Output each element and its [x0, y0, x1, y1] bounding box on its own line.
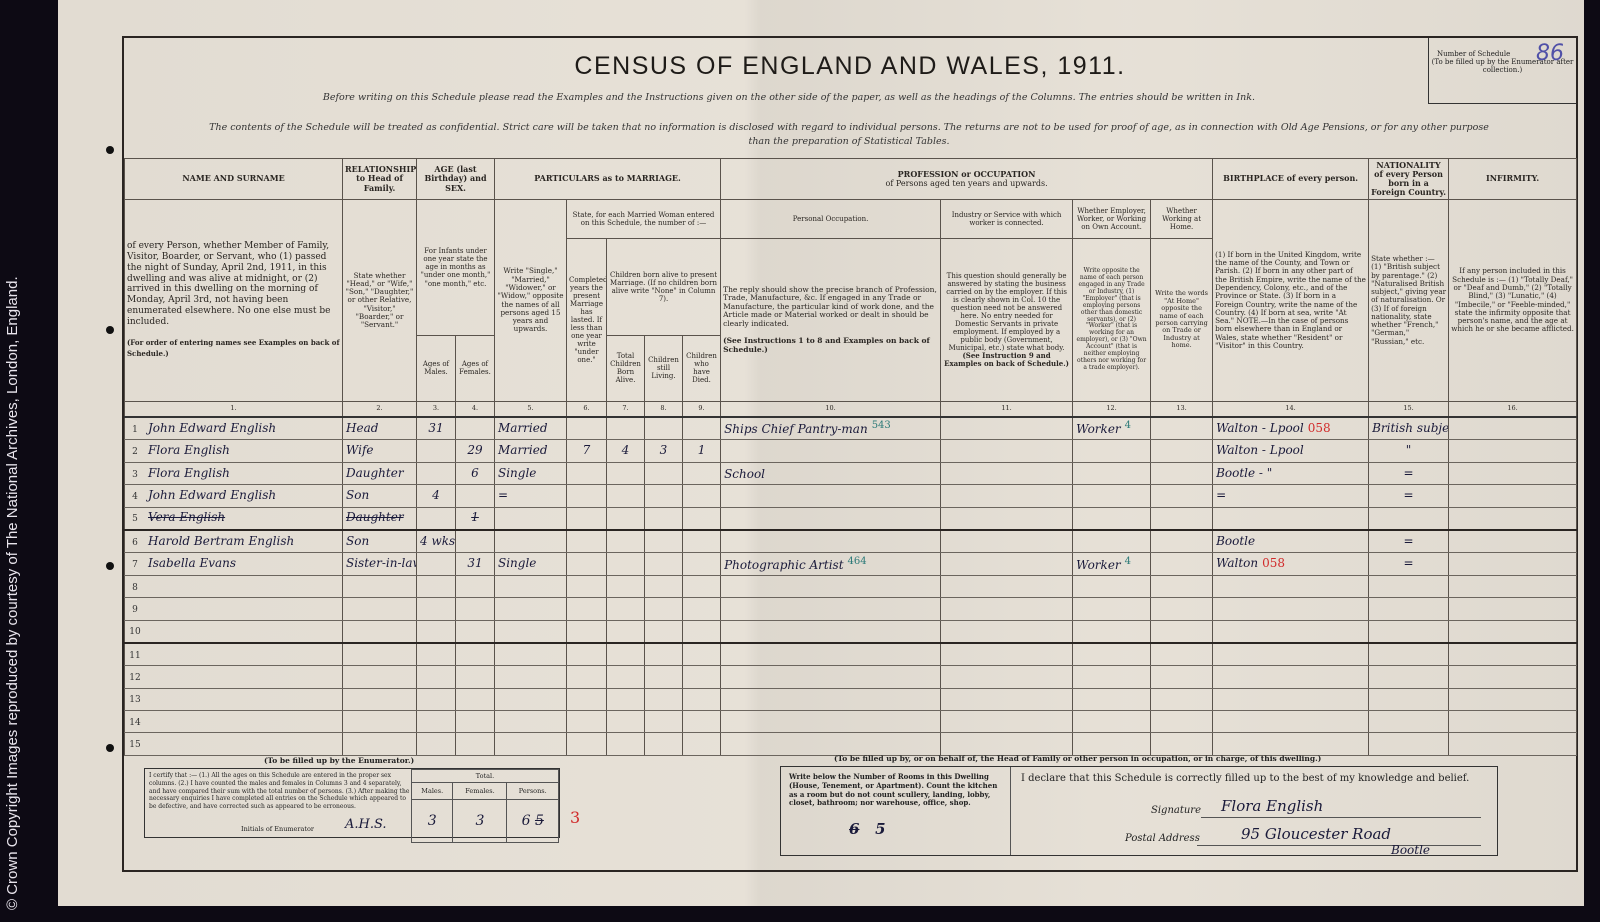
cell-name: 2Flora English: [125, 440, 343, 462]
row-number: 5: [128, 514, 142, 524]
header-age-males: Ages of Males.: [417, 335, 456, 401]
cell-industry: [941, 643, 1073, 666]
cell-rel: [343, 575, 417, 597]
cell-female: [456, 666, 495, 688]
postal-address-label: Postal Address: [1125, 833, 1200, 844]
cell-occ: [721, 507, 941, 530]
cell-birth: Walton058: [1213, 553, 1369, 575]
cell-total: [607, 507, 645, 530]
cell-employer: [1073, 440, 1151, 462]
row-number: 9: [128, 605, 142, 615]
cell-cond: Married: [495, 417, 567, 440]
cell-female: [456, 530, 495, 553]
cell-living: [645, 711, 683, 733]
cell-inf: [1449, 711, 1577, 733]
header-age: AGE (last Birthday) and SEX.: [417, 159, 495, 200]
cell-total: [607, 485, 645, 507]
cell-inf: [1449, 575, 1577, 597]
header-nationality: NATIONALITY of every Person born in a Fo…: [1369, 159, 1449, 200]
employer-code: 4: [1125, 420, 1131, 431]
cell-occ: [721, 440, 941, 462]
cell-industry: [941, 440, 1073, 462]
punch-hole: [106, 146, 114, 154]
cell-male: 4: [417, 485, 456, 507]
cell-living: [645, 620, 683, 643]
cell-years: [567, 620, 607, 643]
cell-inf: [1449, 485, 1577, 507]
cell-employer: Worker4: [1073, 417, 1151, 440]
head-of-family-heading: (To be filled up by, or on behalf of, th…: [834, 754, 1321, 763]
cell-cond: [495, 688, 567, 710]
cell-nat: [1369, 666, 1449, 688]
header-children-living: Children still Living.: [645, 335, 683, 401]
cell-industry: [941, 507, 1073, 530]
punch-hole: [106, 326, 114, 334]
header-employer: Whether Employer, Worker, or Working on …: [1073, 200, 1151, 239]
cell-years: [567, 553, 607, 575]
row-number: 14: [128, 718, 142, 728]
cell-industry: [941, 485, 1073, 507]
cell-total: [607, 530, 645, 553]
cell-inf: [1449, 417, 1577, 440]
cell-inf: [1449, 507, 1577, 530]
cell-cond: [495, 643, 567, 666]
cell-died: [683, 688, 721, 710]
cell-rel: Daughter: [343, 462, 417, 484]
cell-total: [607, 462, 645, 484]
desc-married-woman: State, for each Married Woman entered on…: [567, 200, 721, 239]
cell-birth: [1213, 643, 1369, 666]
cell-nat: [1369, 575, 1449, 597]
punch-hole: [106, 744, 114, 752]
cell-name: 1John Edward English: [125, 417, 343, 440]
cell-employer: [1073, 688, 1151, 710]
cell-industry: [941, 620, 1073, 643]
cell-rel: Son: [343, 530, 417, 553]
cell-nat: [1369, 688, 1449, 710]
row-number: 4: [128, 492, 142, 502]
instruction-text: Before writing on this Schedule please r…: [284, 92, 1294, 103]
cell-inf: [1449, 666, 1577, 688]
cell-inf: [1449, 598, 1577, 620]
header-birthplace: BIRTHPLACE of every person.: [1213, 159, 1369, 200]
cell-living: [645, 417, 683, 440]
declaration-text: I declare that this Schedule is correctl…: [1021, 773, 1469, 784]
postal-address-line2: Bootle: [1391, 843, 1430, 857]
initials-label: Initials of Enumerator: [241, 825, 314, 833]
cell-name: 10: [125, 620, 343, 643]
cell-cond: [495, 620, 567, 643]
cell-years: [567, 598, 607, 620]
cell-male: [417, 711, 456, 733]
census-rows: 1John Edward EnglishHead31MarriedShips C…: [125, 417, 1577, 755]
cell-occ: [721, 688, 941, 710]
rooms-count: 5: [875, 820, 885, 838]
cell-birth: [1213, 620, 1369, 643]
column-numbers-row: 1.2. 3.4. 5.6. 7.8. 9.10. 11.12. 13.14. …: [125, 402, 1577, 418]
cell-employer: Worker4: [1073, 553, 1151, 575]
cell-male: [417, 507, 456, 530]
cell-employer: [1073, 462, 1151, 484]
cell-total: [607, 417, 645, 440]
desc-industry: This question should generally be answer…: [941, 239, 1073, 402]
cell-male: 4 wks: [417, 530, 456, 553]
cell-male: [417, 620, 456, 643]
row-number: 12: [128, 673, 142, 683]
cell-male: [417, 440, 456, 462]
row-number: 8: [128, 583, 142, 593]
cell-home: [1151, 598, 1213, 620]
cell-died: [683, 417, 721, 440]
cell-birth: Walton - Lpool058: [1213, 417, 1369, 440]
cell-name: 15: [125, 733, 343, 755]
cell-cond: Married: [495, 440, 567, 462]
table-row: 13: [125, 688, 1577, 710]
cell-name: 14: [125, 711, 343, 733]
row-number: 3: [128, 470, 142, 480]
cell-inf: [1449, 530, 1577, 553]
cell-female: [456, 620, 495, 643]
desc-infirmity: If any person included in this Schedule …: [1449, 200, 1577, 402]
cell-home: [1151, 507, 1213, 530]
cell-occ: [721, 643, 941, 666]
page-title: CENSUS OF ENGLAND AND WALES, 1911.: [124, 52, 1576, 81]
cell-female: 31: [456, 553, 495, 575]
cell-nat: [1369, 598, 1449, 620]
cell-name: 4John Edward English: [125, 485, 343, 507]
cell-rel: Wife: [343, 440, 417, 462]
desc-name: of every Person, whether Member of Famil…: [125, 200, 343, 402]
cell-rel: Son: [343, 485, 417, 507]
cell-total: [607, 688, 645, 710]
cell-industry: [941, 553, 1073, 575]
cell-female: [456, 485, 495, 507]
cell-living: [645, 507, 683, 530]
cell-rel: [343, 711, 417, 733]
copyright-notice: © Crown Copyright Images reproduced by c…: [4, 210, 21, 910]
desc-years-married: Completed years the present Marriage has…: [567, 239, 607, 402]
cell-birth: [1213, 598, 1369, 620]
cell-name: 7Isabella Evans: [125, 553, 343, 575]
cell-living: [645, 462, 683, 484]
table-row: 4John Edward EnglishSon4===: [125, 485, 1577, 507]
cell-birth: Walton - Lpool: [1213, 440, 1369, 462]
table-row: 8: [125, 575, 1577, 597]
cell-years: [567, 666, 607, 688]
census-schedule-page: CENSUS OF ENGLAND AND WALES, 1911. Befor…: [58, 0, 1584, 906]
desc-marriage-condition: Write "Single," "Married," "Widower," or…: [495, 200, 567, 402]
cell-years: [567, 688, 607, 710]
cell-years: [567, 462, 607, 484]
cell-died: [683, 620, 721, 643]
enumerator-certificate: I certify that :— (1.) All the ages on t…: [149, 772, 411, 811]
cell-cond: [495, 666, 567, 688]
cell-female: [456, 417, 495, 440]
cell-total: [607, 620, 645, 643]
cell-female: [456, 688, 495, 710]
cell-years: [567, 485, 607, 507]
cell-nat: ": [1369, 440, 1449, 462]
cell-rel: [343, 688, 417, 710]
header-children-died: Children who have Died.: [683, 335, 721, 401]
cell-name: 9: [125, 598, 343, 620]
cell-nat: [1369, 620, 1449, 643]
cell-employer: [1073, 485, 1151, 507]
cell-industry: [941, 598, 1073, 620]
cell-employer: [1073, 575, 1151, 597]
schedule-number-box: 86 Number of Schedule (To be filled up b…: [1428, 38, 1576, 104]
cell-rel: [343, 666, 417, 688]
table-row: 12: [125, 666, 1577, 688]
cell-died: [683, 643, 721, 666]
desc-age: For Infants under one year state the age…: [417, 200, 495, 336]
cell-living: [645, 598, 683, 620]
cell-home: [1151, 733, 1213, 755]
cell-name: 12: [125, 666, 343, 688]
census-table: NAME AND SURNAME RELATIONSHIP to Head of…: [124, 158, 1577, 756]
table-row: 3Flora EnglishDaughter6SingleSchoolBootl…: [125, 462, 1577, 484]
cell-years: 7: [567, 440, 607, 462]
cell-female: [456, 643, 495, 666]
cell-industry: [941, 575, 1073, 597]
desc-employer: Write opposite the name of each person e…: [1073, 239, 1151, 402]
cell-female: 29: [456, 440, 495, 462]
cell-died: [683, 553, 721, 575]
cell-birth: [1213, 666, 1369, 688]
cell-occ: [721, 530, 941, 553]
cell-died: [683, 666, 721, 688]
desc-personal-occupation: The reply should show the precise branch…: [721, 239, 941, 402]
row-number: 2: [128, 447, 142, 457]
cell-died: [683, 598, 721, 620]
cell-male: [417, 733, 456, 755]
cell-cond: [495, 711, 567, 733]
total-persons: 6 5: [507, 800, 559, 843]
cell-occ: [721, 733, 941, 755]
birth-code: 058: [1262, 556, 1285, 570]
cell-died: [683, 485, 721, 507]
cell-name: 11: [125, 643, 343, 666]
cell-home: [1151, 462, 1213, 484]
cell-died: [683, 733, 721, 755]
cell-total: [607, 711, 645, 733]
enumerator-box: I certify that :— (1.) All the ages on t…: [144, 768, 560, 838]
table-row: 14: [125, 711, 1577, 733]
table-row: 10: [125, 620, 1577, 643]
cell-total: [607, 643, 645, 666]
cell-died: [683, 530, 721, 553]
header-marriage: PARTICULARS as to MARRIAGE.: [495, 159, 721, 200]
cell-inf: [1449, 440, 1577, 462]
cell-total: [607, 733, 645, 755]
cell-living: [645, 575, 683, 597]
employer-code: 4: [1125, 556, 1131, 567]
cell-inf: [1449, 733, 1577, 755]
cell-years: [567, 507, 607, 530]
cell-rel: Sister-in-law: [343, 553, 417, 575]
signature: Flora English: [1221, 797, 1323, 815]
cell-home: [1151, 440, 1213, 462]
cell-living: 3: [645, 440, 683, 462]
enumerator-heading: (To be filled up by the Enumerator.): [264, 756, 414, 765]
cell-cond: [495, 733, 567, 755]
cell-employer: [1073, 530, 1151, 553]
cell-birth: [1213, 733, 1369, 755]
table-row: 11: [125, 643, 1577, 666]
cell-female: [456, 598, 495, 620]
cell-cond: Single: [495, 462, 567, 484]
cell-home: [1151, 485, 1213, 507]
totals-box: Total. Males.Females.Persons. 3 3 6 5: [411, 769, 559, 837]
cell-name: 6Harold Bertram English: [125, 530, 343, 553]
schedule-number: 86: [1536, 41, 1564, 66]
cell-rel: [343, 643, 417, 666]
cell-nat: [1369, 507, 1449, 530]
cell-living: [645, 688, 683, 710]
cell-industry: [941, 666, 1073, 688]
table-row: 7Isabella EvansSister-in-law31SinglePhot…: [125, 553, 1577, 575]
cell-occ: [721, 711, 941, 733]
cell-living: [645, 553, 683, 575]
red-check-mark: 3: [570, 808, 580, 827]
cell-female: [456, 733, 495, 755]
cell-occ: [721, 485, 941, 507]
cell-inf: [1449, 553, 1577, 575]
cell-occ: [721, 620, 941, 643]
header-total-children: Total Children Born Alive.: [607, 335, 645, 401]
cell-female: [456, 711, 495, 733]
cell-years: [567, 575, 607, 597]
cell-home: [1151, 553, 1213, 575]
cell-male: [417, 598, 456, 620]
cell-male: [417, 462, 456, 484]
cell-male: [417, 553, 456, 575]
cell-birth: [1213, 575, 1369, 597]
cell-nat: [1369, 733, 1449, 755]
table-row: 15: [125, 733, 1577, 755]
signature-label: Signature: [1151, 805, 1201, 816]
row-number: 10: [128, 627, 142, 637]
cell-birth: Bootle - ": [1213, 462, 1369, 484]
table-row: 5Vera EnglishDaughter1: [125, 507, 1577, 530]
header-occupation: PROFESSION or OCCUPATION of Persons aged…: [721, 159, 1213, 200]
row-number: 1: [128, 425, 142, 435]
cell-employer: [1073, 620, 1151, 643]
cell-total: [607, 553, 645, 575]
cell-years: [567, 530, 607, 553]
row-number: 13: [128, 695, 142, 705]
cell-employer: [1073, 598, 1151, 620]
enumerator-initials: A.H.S.: [345, 817, 387, 832]
household-declaration-box: Write below the Number of Rooms in this …: [780, 766, 1498, 856]
cell-industry: [941, 417, 1073, 440]
cell-total: [607, 666, 645, 688]
occ-code: 543: [872, 420, 891, 431]
cell-male: [417, 688, 456, 710]
header-industry: Industry or Service with which worker is…: [941, 200, 1073, 239]
cell-female: 1: [456, 507, 495, 530]
postal-address-line1: 95 Gloucester Road: [1241, 825, 1391, 843]
cell-nat: =: [1369, 530, 1449, 553]
desc-children: Children born alive to present Marriage.…: [607, 239, 721, 336]
cell-cond: [495, 598, 567, 620]
cell-nat: =: [1369, 485, 1449, 507]
cell-died: [683, 575, 721, 597]
cell-birth: =: [1213, 485, 1369, 507]
cell-nat: British subject: [1369, 417, 1449, 440]
rooms-struck: 6: [849, 820, 859, 838]
cell-rel: [343, 620, 417, 643]
cell-male: 31: [417, 417, 456, 440]
cell-nat: =: [1369, 553, 1449, 575]
cell-years: [567, 711, 607, 733]
header-at-home: Whether Working at Home.: [1151, 200, 1213, 239]
cell-home: [1151, 530, 1213, 553]
cell-home: [1151, 711, 1213, 733]
cell-occ: Photographic Artist464: [721, 553, 941, 575]
desc-at-home: Write the words "At Home" opposite the n…: [1151, 239, 1213, 402]
cell-years: [567, 733, 607, 755]
cell-died: 1: [683, 440, 721, 462]
cell-name: 13: [125, 688, 343, 710]
cell-birth: [1213, 688, 1369, 710]
total-males: 3: [412, 800, 453, 843]
cell-cond: [495, 575, 567, 597]
cell-rel: Daughter: [343, 507, 417, 530]
row-number: 11: [128, 651, 142, 661]
cell-cond: Single: [495, 553, 567, 575]
cell-living: [645, 643, 683, 666]
cell-employer: [1073, 711, 1151, 733]
confidential-text-2: than the preparation of Statistical Tabl…: [134, 136, 1564, 147]
cell-birth: [1213, 711, 1369, 733]
cell-employer: [1073, 507, 1151, 530]
cell-home: [1151, 643, 1213, 666]
cell-nat: [1369, 643, 1449, 666]
cell-female: [456, 575, 495, 597]
table-row: 6Harold Bertram EnglishSon4 wksBootle=: [125, 530, 1577, 553]
header-age-females: Ages of Females.: [456, 335, 495, 401]
cell-inf: [1449, 462, 1577, 484]
rooms-instruction: Write below the Number of Rooms in this …: [781, 767, 1011, 855]
cell-years: [567, 643, 607, 666]
cell-occ: [721, 666, 941, 688]
cell-died: [683, 507, 721, 530]
cell-cond: [495, 530, 567, 553]
cell-male: [417, 575, 456, 597]
cell-living: [645, 485, 683, 507]
table-row: 2Flora EnglishWife29Married7431Walton - …: [125, 440, 1577, 462]
cell-name: 3Flora English: [125, 462, 343, 484]
cell-occ: Ships Chief Pantry-man543: [721, 417, 941, 440]
birth-code: 058: [1308, 421, 1331, 435]
cell-home: [1151, 666, 1213, 688]
cell-industry: [941, 733, 1073, 755]
schedule-frame: CENSUS OF ENGLAND AND WALES, 1911. Befor…: [122, 36, 1578, 872]
cell-home: [1151, 688, 1213, 710]
cell-industry: [941, 462, 1073, 484]
cell-name: 5Vera English: [125, 507, 343, 530]
cell-name: 8: [125, 575, 343, 597]
cell-living: [645, 666, 683, 688]
occ-code: 464: [848, 556, 867, 567]
cell-nat: =: [1369, 462, 1449, 484]
cell-died: [683, 462, 721, 484]
cell-employer: [1073, 666, 1151, 688]
cell-occ: School: [721, 462, 941, 484]
cell-cond: =: [495, 485, 567, 507]
cell-rel: Head: [343, 417, 417, 440]
